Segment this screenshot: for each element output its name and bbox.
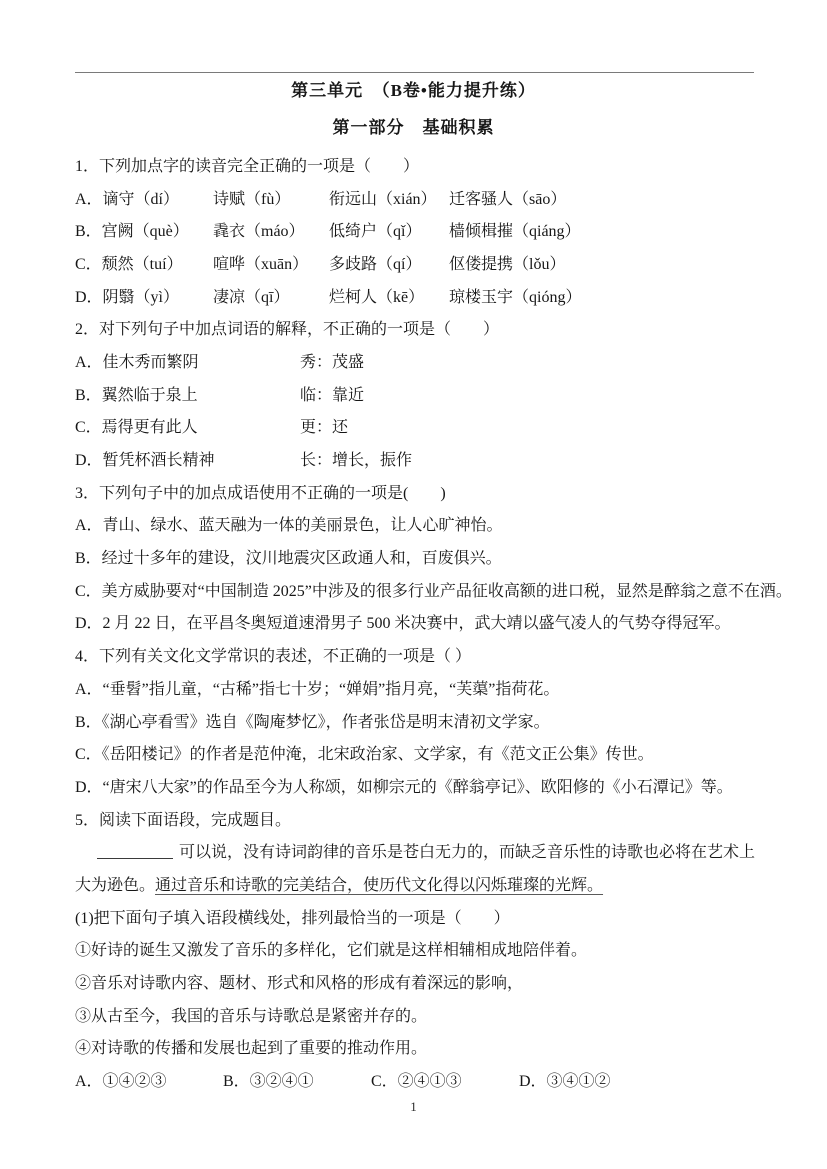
- q1-option-c-item-2: 喧哗（xuān）: [213, 251, 329, 274]
- q1-option-d-item-2: 凄凉（qī）: [213, 284, 329, 307]
- q2-option-c: C．焉得更有此人 更：还: [75, 410, 755, 443]
- q1-option-b: B．宫阙（què） 毳衣（máo） 低绮户（qǐ） 樯倾楫摧（qiáng）: [75, 213, 755, 246]
- q5-sentence-1: ①好诗的诞生又激发了音乐的多样化，它们就是这样相辅相成地陪伴着。: [75, 933, 755, 966]
- q2-option-a-phrase: A．佳木秀而繁阴: [75, 349, 300, 372]
- q5-paragraph-text-plain: 大为逊色。: [75, 872, 155, 895]
- q1-option-a: A．谪守（dí） 诗赋（fù） 衔远山（xián） 迁客骚人（sāo）: [75, 181, 755, 214]
- q1-option-b-item-2: 毳衣（máo）: [213, 218, 329, 241]
- q1-stem: 1．下列加点字的读音完全正确的一项是（ ）: [75, 148, 755, 181]
- q1-option-c-item-1: C．颓然（tuí）: [75, 251, 213, 274]
- fill-in-blank-line: [97, 842, 173, 859]
- q1-option-d-item-1: D．阴翳（yì）: [75, 284, 213, 307]
- q5-sentence-4: ④对诗歌的传播和发展也起到了重要的推动作用。: [75, 1031, 755, 1064]
- q3-option-c: C．美方威胁要对“中国制造 2025”中涉及的很多行业产品征收高额的进口税，显然…: [75, 573, 755, 606]
- q3-option-a: A．青山、绿水、蓝天融为一体的美丽景色，让人心旷神怡。: [75, 508, 755, 541]
- q1-option-b-item-1: B．宫阙（què）: [75, 218, 213, 241]
- q1-option-d-item-4: 琼楼玉宇（qióng）: [449, 284, 581, 307]
- page-title: 第三单元 （B卷•能力提升练）: [0, 78, 827, 104]
- q5-answer-d: D．③④①②: [519, 1068, 611, 1091]
- q3-option-b: B．经过十多年的建设，汶川地震灾区政通人和，百废俱兴。: [75, 540, 755, 573]
- q2-option-a: A．佳木秀而繁阴 秀：茂盛: [75, 344, 755, 377]
- q2-option-d: D．暂凭杯酒长精神 长：增长，振作: [75, 442, 755, 475]
- document-body: 1．下列加点字的读音完全正确的一项是（ ） A．谪守（dí） 诗赋（fù） 衔远…: [75, 148, 755, 1096]
- q5-answer-c: C．②④①③: [371, 1068, 519, 1091]
- q4-option-c: C．《岳阳楼记》的作者是范仲淹，北宋政治家、文学家，有《范文正公集》传世。: [75, 736, 755, 769]
- q5-stem: 5．阅读下面语段，完成题目。: [75, 802, 755, 835]
- q1-option-b-item-3: 低绮户（qǐ）: [329, 218, 449, 241]
- q3-stem: 3．下列句子中的加点成语使用不正确的一项是( ): [75, 475, 755, 508]
- q3-option-d: D．2 月 22 日，在平昌冬奥短道速滑男子 500 米决赛中，武大靖以盛气凌人…: [75, 606, 755, 639]
- q5-answer-row: A．①④②③ B．③②④① C．②④①③ D．③④①②: [75, 1063, 755, 1096]
- q2-option-d-explanation: 长：增长，振作: [300, 447, 412, 470]
- q1-option-c-item-4: 伛偻提携（lǒu）: [449, 251, 565, 274]
- document-page: 第三单元 （B卷•能力提升练） 第一部分 基础积累 1．下列加点字的读音完全正确…: [0, 0, 827, 1169]
- q2-option-c-explanation: 更：还: [300, 414, 348, 437]
- header-rule: [75, 72, 754, 73]
- q2-stem: 2．对下列句子中加点词语的解释，不正确的一项是（ ）: [75, 311, 755, 344]
- q5-sub1-stem: (1)把下面句子填入语段横线处，排列最恰当的一项是（ ）: [75, 900, 755, 933]
- q4-option-b: B．《湖心亭看雪》选自《陶庵梦忆》，作者张岱是明末清初文学家。: [75, 704, 755, 737]
- q5-paragraph-line-2: 大为逊色。 通过音乐和诗歌的完美结合，使历代文化得以闪烁璀璨的光辉。: [75, 867, 755, 900]
- q5-paragraph-line-1: 可以说，没有诗词韵律的音乐是苍白无力的，而缺乏音乐性的诗歌也必将在艺术上: [75, 834, 755, 867]
- q2-option-b-explanation: 临：靠近: [300, 382, 364, 405]
- q5-sentence-3: ③从古至今，我国的音乐与诗歌总是紧密并存的。: [75, 998, 755, 1031]
- section-title: 第一部分 基础积累: [0, 115, 827, 141]
- q1-option-a-item-4: 迁客骚人（sāo）: [449, 186, 566, 209]
- q1-option-d: D．阴翳（yì） 凄凉（qī） 烂柯人（kē） 琼楼玉宇（qióng）: [75, 279, 755, 312]
- q5-paragraph-text-underlined: 通过音乐和诗歌的完美结合，使历代文化得以闪烁璀璨的光辉。: [155, 872, 603, 895]
- q5-sentence-2: ②音乐对诗歌内容、题材、形式和风格的形成有着深远的影响，: [75, 965, 755, 998]
- q1-option-b-item-4: 樯倾楫摧（qiáng）: [449, 218, 581, 241]
- q2-option-a-explanation: 秀：茂盛: [300, 349, 364, 372]
- page-number: 1: [0, 1099, 827, 1115]
- q1-option-c-item-3: 多歧路（qí）: [329, 251, 449, 274]
- q5-answer-a: A．①④②③: [75, 1068, 223, 1091]
- q1-option-a-item-1: A．谪守（dí）: [75, 186, 213, 209]
- q4-stem: 4．下列有关文化文学常识的表述，不正确的一项是（ ）: [75, 638, 755, 671]
- q2-option-b-phrase: B．翼然临于泉上: [75, 382, 300, 405]
- q5-paragraph-text: 可以说，没有诗词韵律的音乐是苍白无力的，而缺乏音乐性的诗歌也必将在艺术上: [179, 839, 755, 862]
- q1-option-a-item-2: 诗赋（fù）: [213, 186, 329, 209]
- q1-option-c: C．颓然（tuí） 喧哗（xuān） 多歧路（qí） 伛偻提携（lǒu）: [75, 246, 755, 279]
- q2-option-d-phrase: D．暂凭杯酒长精神: [75, 447, 300, 470]
- q1-option-d-item-3: 烂柯人（kē）: [329, 284, 449, 307]
- q4-option-d: D．“唐宋八大家”的作品至今为人称颂，如柳宗元的《醉翁亭记》、欧阳修的《小石潭记…: [75, 769, 755, 802]
- q1-option-a-item-3: 衔远山（xián）: [329, 186, 449, 209]
- q5-answer-b: B．③②④①: [223, 1068, 371, 1091]
- q4-option-a: A．“垂髫”指儿童，“古稀”指七十岁；“婵娟”指月亮，“芙蕖”指荷花。: [75, 671, 755, 704]
- q2-option-b: B．翼然临于泉上 临：靠近: [75, 377, 755, 410]
- q2-option-c-phrase: C．焉得更有此人: [75, 414, 300, 437]
